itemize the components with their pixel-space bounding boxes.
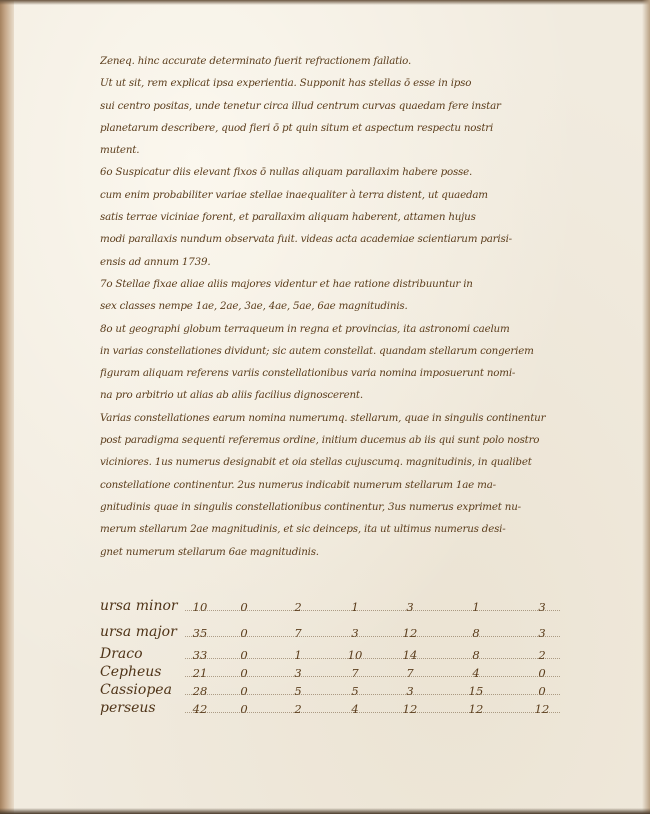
total-count: 28 <box>188 684 212 698</box>
mag4-count: 12 <box>398 626 422 640</box>
constellation-name: perseus <box>100 700 156 716</box>
text-line: 6o Suspicatur diis elevant fixos ō nulla… <box>100 161 570 183</box>
total-count: 21 <box>188 666 212 680</box>
page-bottom-edge <box>0 808 650 814</box>
mag6-count: 0 <box>530 684 554 698</box>
mag2-count: 2 <box>286 600 310 614</box>
total-count: 35 <box>188 626 212 640</box>
text-line: planetarum describere, quod fieri ō pt q… <box>100 117 570 139</box>
mag1-count: 0 <box>232 666 256 680</box>
mag2-count: 3 <box>286 666 310 680</box>
mag5-count: 8 <box>464 648 488 662</box>
text-line: 7o Stellae fixae aliae aliis majores vid… <box>100 273 570 295</box>
mag4-count: 7 <box>398 666 422 680</box>
text-line: post paradigma sequenti referemus ordine… <box>100 429 570 451</box>
mag2-count: 7 <box>286 626 310 640</box>
text-line: Varias constellationes earum nomina nume… <box>100 407 570 429</box>
text-line: cum enim probabiliter variae stellae ina… <box>100 184 570 206</box>
text-line: modi parallaxis nundum observata fuit. v… <box>100 228 570 250</box>
mag6-count: 0 <box>530 666 554 680</box>
constellation-star-table: ursa minor 10 0 2 1 3 1 3 ursa major 35 … <box>100 595 560 719</box>
mag1-count: 0 <box>232 702 256 716</box>
mag5-count: 12 <box>464 702 488 716</box>
text-line: ensis ad annum 1739. <box>100 251 570 273</box>
text-line: constellatione continentur. 2us numerus … <box>100 474 570 496</box>
total-count: 33 <box>188 648 212 662</box>
total-count: 10 <box>188 600 212 614</box>
constellation-name: Cassiopea <box>100 682 172 698</box>
mag3-count: 3 <box>343 626 367 640</box>
page-binding-edge <box>0 0 14 814</box>
text-line: gnitudinis quae in singulis constellatio… <box>100 496 570 518</box>
mag5-count: 15 <box>464 684 488 698</box>
mag5-count: 4 <box>464 666 488 680</box>
mag3-count: 5 <box>343 684 367 698</box>
mag1-count: 0 <box>232 684 256 698</box>
mag3-count: 4 <box>343 702 367 716</box>
mag6-count: 12 <box>530 702 554 716</box>
text-line: Ut ut sit, rem explicat ipsa experientia… <box>100 72 570 94</box>
mag6-count: 3 <box>530 600 554 614</box>
text-line: merum stellarum 2ae magnitudinis, et sic… <box>100 518 570 540</box>
constellation-name: Cepheus <box>100 664 161 680</box>
mag4-count: 14 <box>398 648 422 662</box>
mag5-count: 1 <box>464 600 488 614</box>
manuscript-text: Zeneq. hinc accurate determinato fuerit … <box>100 50 570 563</box>
mag6-count: 3 <box>530 626 554 640</box>
mag3-count: 10 <box>343 648 367 662</box>
text-line: viciniores. 1us numerus designabit et oi… <box>100 451 570 473</box>
mag5-count: 8 <box>464 626 488 640</box>
text-line: 8o ut geographi globum terraqueum in reg… <box>100 318 570 340</box>
mag6-count: 2 <box>530 648 554 662</box>
constellation-name: Draco <box>100 646 143 662</box>
mag4-count: 3 <box>398 600 422 614</box>
text-line: na pro arbitrio ut alias ab aliis facili… <box>100 384 570 406</box>
mag3-count: 1 <box>343 600 367 614</box>
text-line: figuram aliquam referens variis constell… <box>100 362 570 384</box>
total-count: 42 <box>188 702 212 716</box>
constellation-name: ursa major <box>100 624 177 640</box>
text-line: Zeneq. hinc accurate determinato fuerit … <box>100 50 570 72</box>
table-row: ursa major 35 0 7 3 12 8 3 <box>100 617 560 643</box>
table-row: ursa minor 10 0 2 1 3 1 3 <box>100 595 560 617</box>
table-row: Cepheus 21 0 3 7 7 4 0 <box>100 665 560 683</box>
text-line: sex classes nempe 1ae, 2ae, 3ae, 4ae, 5a… <box>100 295 570 317</box>
mag3-count: 7 <box>343 666 367 680</box>
mag4-count: 3 <box>398 684 422 698</box>
mag1-count: 0 <box>232 648 256 662</box>
text-line: mutent. <box>100 139 570 161</box>
text-line: sui centro positas, unde tenetur circa i… <box>100 95 570 117</box>
mag1-count: 0 <box>232 626 256 640</box>
table-row: Cassiopea 28 0 5 5 3 15 0 <box>100 683 560 701</box>
table-row: Draco 33 0 1 10 14 8 2 <box>100 643 560 665</box>
text-line: satis terrae viciniae forent, et paralla… <box>100 206 570 228</box>
manuscript-page: Zeneq. hinc accurate determinato fuerit … <box>0 0 650 814</box>
text-line: gnet numerum stellarum 6ae magnitudinis. <box>100 541 570 563</box>
page-right-edge <box>642 0 650 814</box>
mag2-count: 5 <box>286 684 310 698</box>
mag2-count: 2 <box>286 702 310 716</box>
mag4-count: 12 <box>398 702 422 716</box>
text-line: in varias constellationes dividunt; sic … <box>100 340 570 362</box>
constellation-name: ursa minor <box>100 598 178 614</box>
mag1-count: 0 <box>232 600 256 614</box>
page-top-edge <box>0 0 650 5</box>
table-row: perseus 42 0 2 4 12 12 12 <box>100 701 560 719</box>
mag2-count: 1 <box>286 648 310 662</box>
